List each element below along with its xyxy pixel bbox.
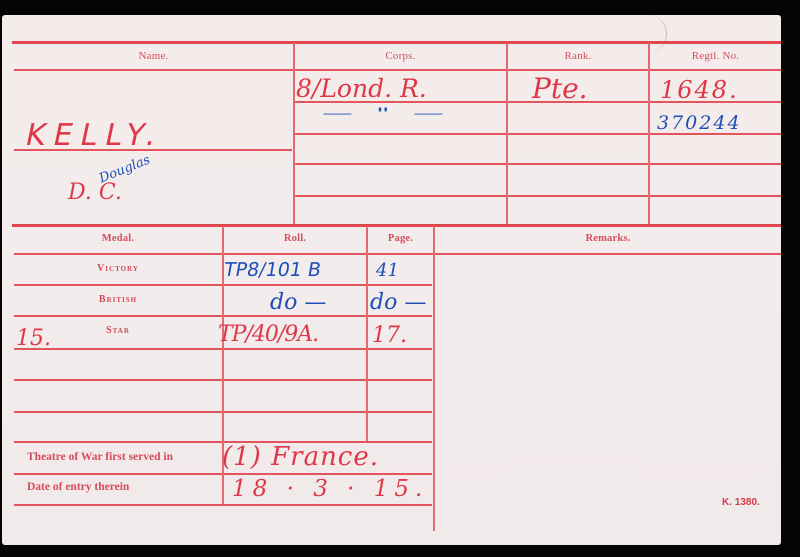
row-line-3 [295,163,781,165]
name-corps-divider [293,43,295,224]
roll-header: Roll. [224,233,366,244]
rank-header: Rank. [508,50,648,62]
rank-regt-divider [648,43,650,224]
regt-no-header: Regtl. No. [650,50,781,62]
victory-roll-value: TP8/101 B [222,259,323,281]
section-divider-line [12,224,781,227]
medal-label-british: British [14,294,222,305]
corps-header: Corps. [295,50,506,62]
entry-date-value: 18 · 3 · 15. [232,476,428,502]
victory-page-value: 41 [376,260,399,281]
page-remarks-divider [433,226,435,531]
regt-no-value-1: 1648. [660,76,739,104]
star-page-value: 17. [372,323,407,348]
page-header: Page. [368,233,433,244]
corps-value: 8/Lond. R. [296,74,427,103]
theatre-label: Theatre of War first served in [27,451,173,463]
entry-underline [14,504,432,506]
medal-header-underline [14,253,781,255]
british-roll-value: do — [270,290,326,315]
theatre-value: (1) France. [222,442,379,472]
british-page-value: do — [370,290,426,315]
medal-label-star: Star [14,325,222,336]
surname-value: KELLY. [22,118,167,153]
corps-ditto-value: — " — [322,106,450,122]
row-line-4 [295,195,781,197]
header-underline [14,69,781,71]
initials-value: D. C. [68,180,122,205]
entry-label: Date of entry therein [27,481,129,493]
name-header: Name. [14,50,293,62]
form-code: K. 1380. [722,497,760,508]
medal-header: Medal. [14,233,222,244]
roll-page-divider [366,226,368,441]
remarks-header: Remarks. [435,233,781,244]
medal-label-victory: Victory [14,263,222,274]
top-border-line [12,41,781,44]
corps-rank-divider [506,43,508,224]
star-roll-value: TP/40/9A. [218,322,318,347]
regt-no-value-2: 370244 [657,112,742,134]
rank-value: Pte. [532,72,588,105]
